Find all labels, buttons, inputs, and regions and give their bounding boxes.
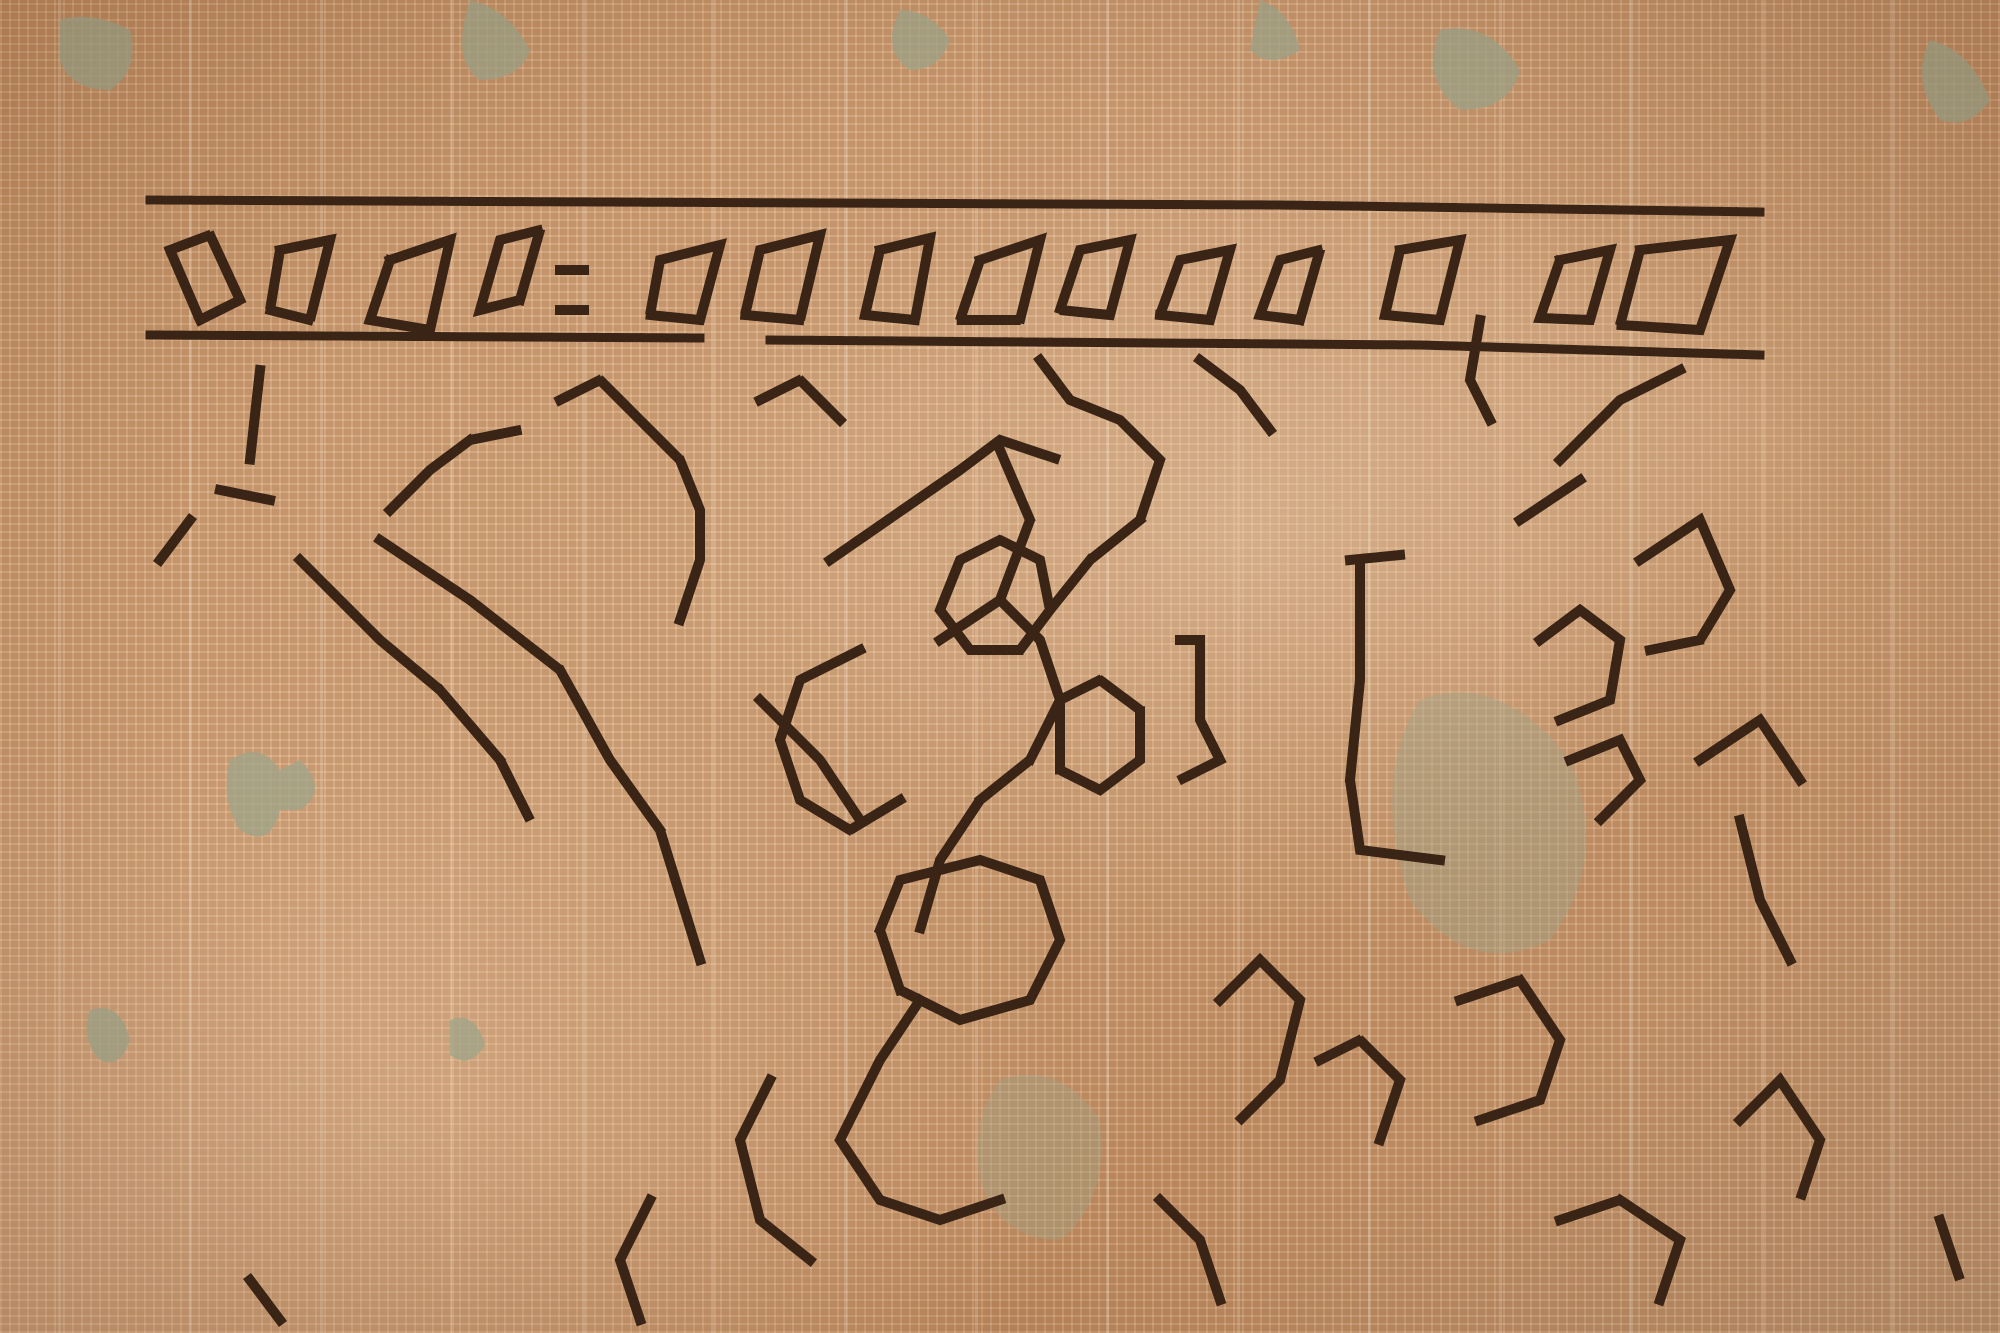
border-band xyxy=(150,200,1760,355)
rug-photo xyxy=(0,0,2000,1333)
rug-motifs xyxy=(0,0,2000,1333)
border-glyphs xyxy=(170,230,1730,330)
